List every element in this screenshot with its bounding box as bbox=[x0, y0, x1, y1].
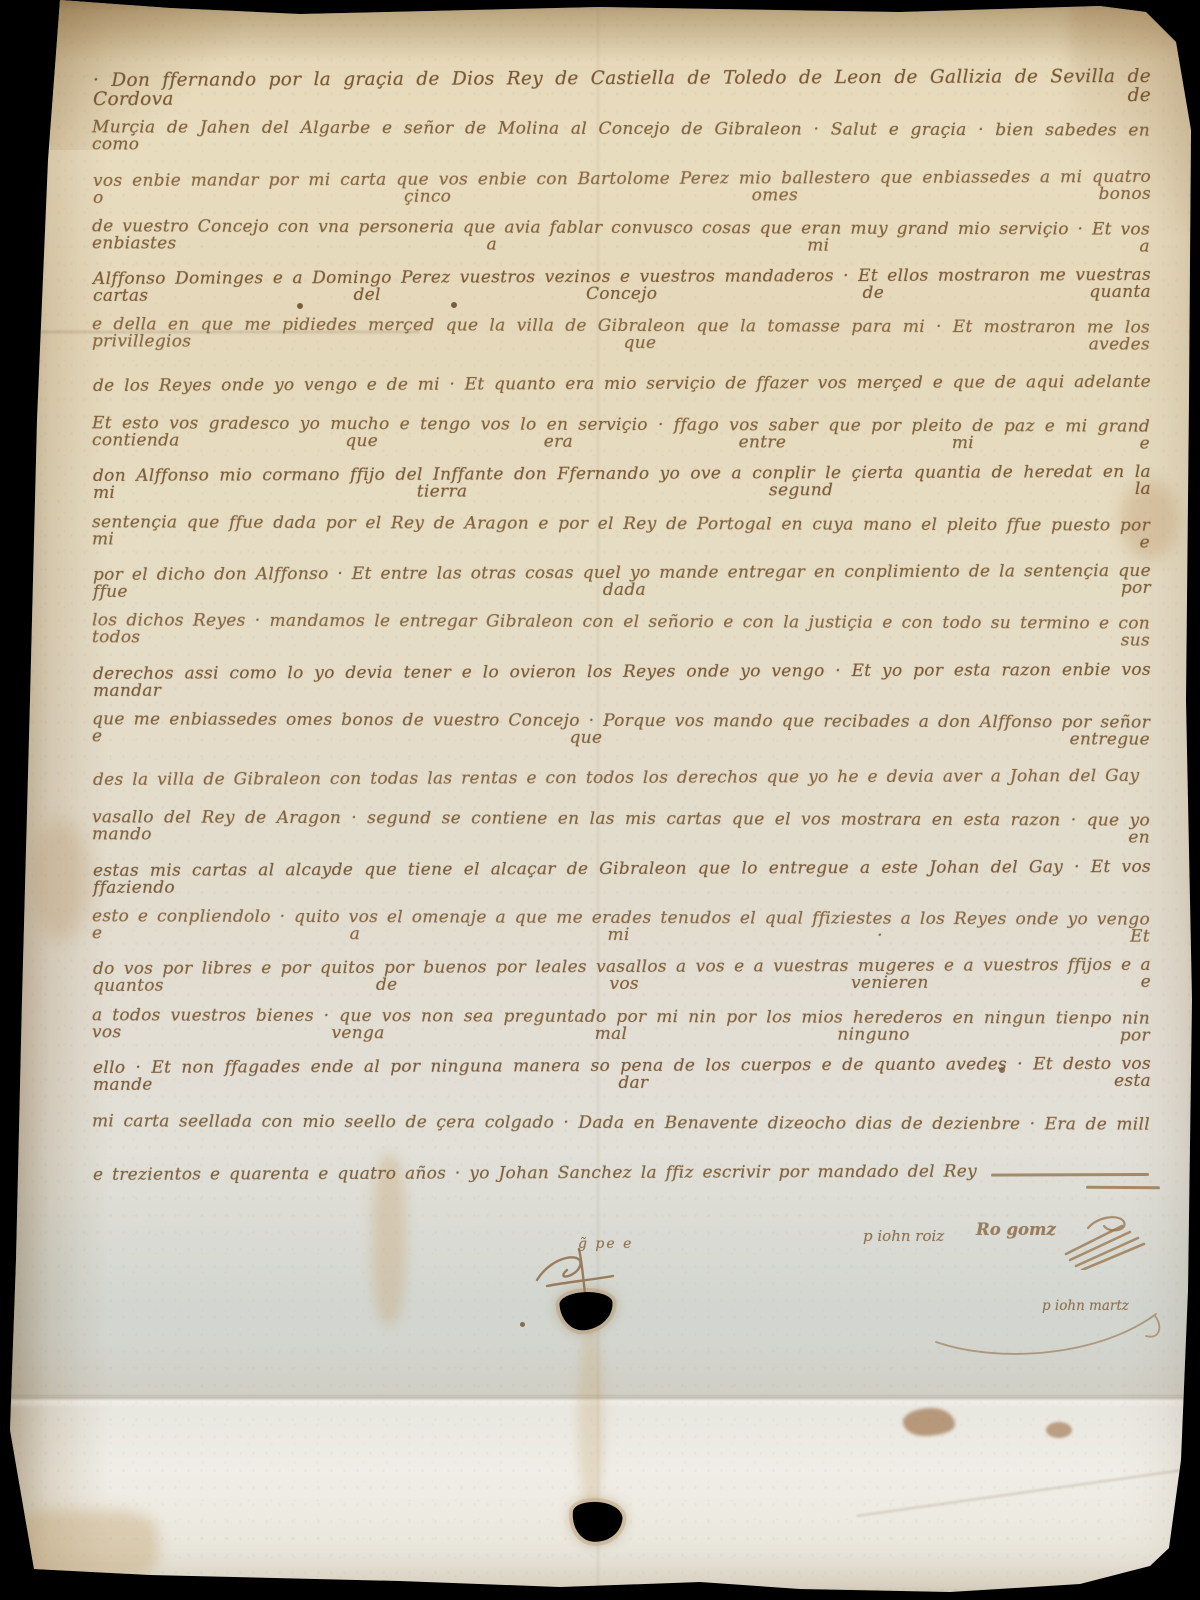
manuscript-line: derechos assi como lo yo devia tener e l… bbox=[93, 654, 1151, 707]
manuscript-line: e trezientos e quarenta e quatro años · … bbox=[93, 1146, 1151, 1199]
manuscript-line: estas mis cartas al alcayde que tiene el… bbox=[93, 851, 1151, 904]
manuscript-line-text: esto e conpliendolo · quito vos el omena… bbox=[92, 908, 1150, 945]
stain-bottom-left-wedge bbox=[8, 1510, 158, 1580]
manuscript-line-text: ello · Et non ffagades ende al por ningu… bbox=[93, 1056, 1151, 1094]
manuscript-line: · Don ffernando por la graçia de Dios Re… bbox=[93, 62, 1151, 115]
manuscript-line-text: des la villa de Gibraleon con todas las … bbox=[93, 768, 1139, 789]
chancery-note: g̃ pe e bbox=[578, 1236, 633, 1252]
manuscript-line: Et esto vos gradesco yo mucho e tengo vo… bbox=[92, 407, 1150, 460]
manuscript-line-text: Alffonso Dominges e a Domingo Perez vues… bbox=[93, 267, 1151, 305]
photograph-background: · Don ffernando por la graçia de Dios Re… bbox=[0, 0, 1200, 1600]
manuscript-line: que me enbiassedes omes bonos de vuestro… bbox=[92, 703, 1150, 756]
manuscript-line: do vos por libres e por quitos por bueno… bbox=[93, 949, 1151, 1002]
manuscript-line: des la villa de Gibraleon con todas las … bbox=[93, 752, 1151, 805]
manuscript-line-text: don Alffonso mio cormano ffijo del Inffa… bbox=[93, 464, 1151, 502]
manuscript-line-text: e della en que me pidiedes merçed que la… bbox=[92, 316, 1150, 353]
ink-filler-rule bbox=[991, 1173, 1149, 1176]
parchment-sheet: · Don ffernando por la graçia de Dios Re… bbox=[0, 0, 1200, 1600]
manuscript-line-text: que me enbiassedes omes bonos de vuestro… bbox=[92, 711, 1150, 748]
manuscript-line-text: · Don ffernando por la graçia de Dios Re… bbox=[93, 68, 1151, 109]
manuscript-line: vasallo del Rey de Aragon · segund se co… bbox=[92, 802, 1150, 855]
signature-johan-martinez: p iohn martz bbox=[1042, 1298, 1129, 1314]
seal-cord-hole-upper bbox=[559, 1290, 615, 1332]
notarial-paraph-icon bbox=[533, 1246, 621, 1296]
manuscript-line: Murçia de Jahen del Algarbe e señor de M… bbox=[92, 112, 1150, 165]
manuscript-line-text: por el dicho don Alffonso · Et entre las… bbox=[93, 563, 1151, 601]
manuscript-line: sentençia que ffue dada por el Rey de Ar… bbox=[92, 506, 1150, 559]
manuscript-line-text: Et esto vos gradesco yo mucho e tengo vo… bbox=[92, 415, 1150, 452]
manuscript-line: esto e conpliendolo · quito vos el omena… bbox=[92, 900, 1150, 953]
stain-brown-left bbox=[903, 1408, 955, 1436]
manuscript-line-text: a todos vuestros bienes · que vos non se… bbox=[92, 1007, 1150, 1044]
manuscript-line-text: do vos por libres e por quitos por bueno… bbox=[93, 957, 1151, 995]
manuscript-line-text: Murçia de Jahen del Algarbe e señor de M… bbox=[92, 119, 1150, 156]
signature-johan-roiz: p iohn roiz bbox=[863, 1227, 944, 1245]
manuscript-line: mi carta seellada con mio seello de çera… bbox=[92, 1098, 1150, 1151]
diagonal-crease-bottom-right bbox=[856, 1469, 1183, 1517]
horizontal-fold-crease bbox=[0, 1396, 1200, 1399]
manuscript-line-text: derechos assi como lo yo devia tener e l… bbox=[93, 661, 1151, 699]
rubrica-flourish-icon bbox=[1060, 1214, 1152, 1270]
manuscript-line-text: sentençia que ffue dada por el Rey de Ar… bbox=[92, 514, 1150, 551]
seal-cord-hole-lower bbox=[570, 1499, 624, 1544]
manuscript-line-text: de los Reyes onde yo vengo e de mi · Et … bbox=[93, 374, 1151, 395]
ink-dot-3 bbox=[520, 1322, 525, 1327]
fold-crease-highlight bbox=[0, 1400, 1200, 1405]
manuscript-line-text: los dichos Reyes · mandamos le entregar … bbox=[92, 612, 1150, 649]
manuscript-line-text: vasallo del Rey de Aragon · segund se co… bbox=[92, 809, 1150, 846]
manuscript-line: de los Reyes onde yo vengo e de mi · Et … bbox=[93, 358, 1151, 411]
manuscript-line: ello · Et non ffagades ende al por ningu… bbox=[93, 1048, 1151, 1101]
manuscript-line: de vuestro Concejo con vna personeria qu… bbox=[92, 210, 1150, 263]
manuscript-line-text: estas mis cartas al alcayde que tiene el… bbox=[93, 858, 1151, 896]
stain-left-margin bbox=[30, 820, 90, 940]
manuscript-line: e della en que me pidiedes merçed que la… bbox=[92, 309, 1150, 362]
signature-swash-icon bbox=[930, 1308, 1165, 1368]
manuscript-line: don Alffonso mio cormano ffijo del Inffa… bbox=[93, 456, 1151, 509]
signature-ruy-gomez: Ro gomz bbox=[976, 1220, 1056, 1239]
manuscript-text-block: · Don ffernando por la graçia de Dios Re… bbox=[92, 64, 1150, 1198]
parchment-aged-top-edge bbox=[0, 0, 1200, 60]
manuscript-line: los dichos Reyes · mandamos le entregar … bbox=[92, 605, 1150, 658]
manuscript-line: a todos vuestros bienes · que vos non se… bbox=[92, 999, 1150, 1052]
manuscript-line: Alffonso Dominges e a Domingo Perez vues… bbox=[93, 259, 1151, 312]
manuscript-line-text: de vuestro Concejo con vna personeria qu… bbox=[92, 218, 1150, 255]
stain-between-holes bbox=[578, 1330, 604, 1506]
manuscript-line-text: mi carta seellada con mio seello de çera… bbox=[92, 1114, 1150, 1134]
manuscript-line: por el dicho don Alffonso · Et entre las… bbox=[93, 555, 1151, 608]
manuscript-line-text: e trezientos e quarenta e quatro años · … bbox=[93, 1163, 977, 1183]
stain-brown-right bbox=[1046, 1422, 1072, 1438]
manuscript-line: vos enbie mandar por mi carta que vos en… bbox=[93, 161, 1151, 214]
manuscript-line-text: vos enbie mandar por mi carta que vos en… bbox=[93, 168, 1151, 206]
